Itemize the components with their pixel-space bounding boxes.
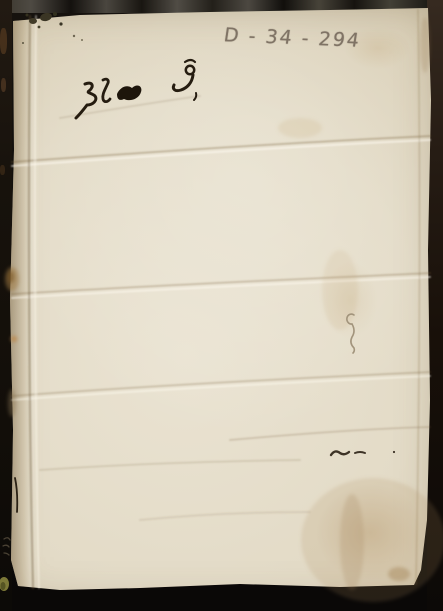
spine-leather-chip — [0, 165, 5, 175]
faint-stain-right — [310, 245, 390, 355]
water-stain-bottom-right — [295, 465, 443, 600]
parchment-page — [0, 0, 443, 611]
manuscript-scan: D - 34 - 294 — [0, 0, 443, 611]
spine-leather-chip — [1, 78, 6, 92]
gutter-shadow — [10, 10, 40, 595]
spine-leather-chip — [0, 28, 7, 54]
